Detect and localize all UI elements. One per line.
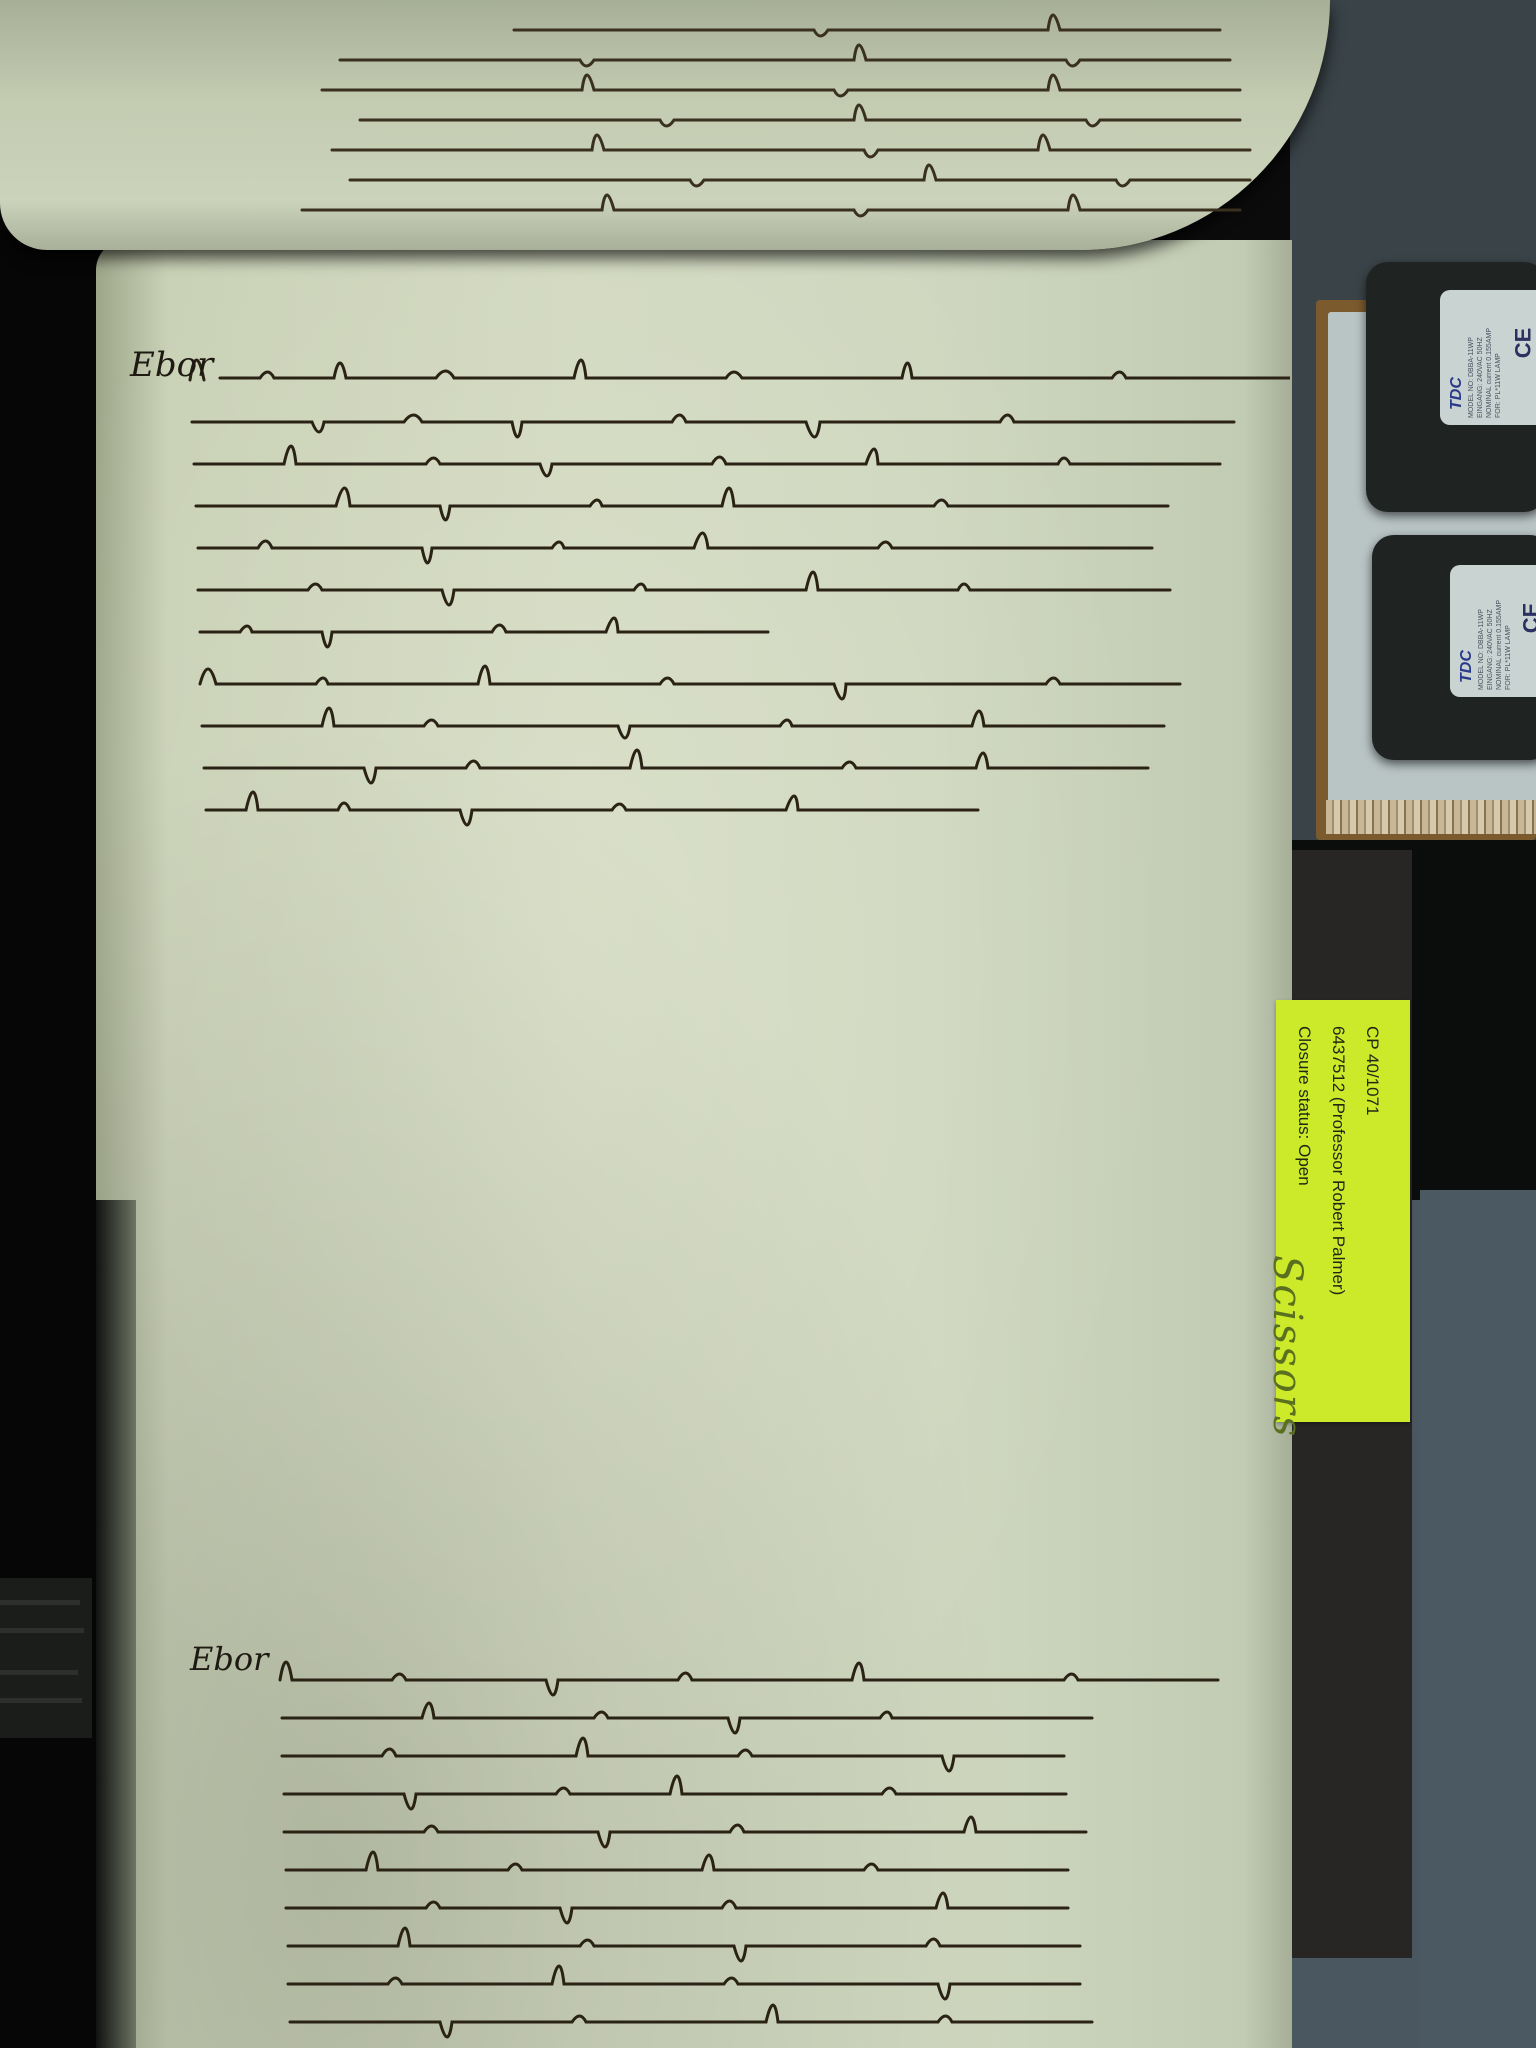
background-notice-sign <box>0 1578 92 1738</box>
margin-county-mark-upper: Ebor <box>130 345 213 385</box>
ce-mark-icon: CE <box>1518 603 1536 634</box>
ce-mark-icon: CE <box>1510 328 1536 359</box>
brand-logo: TDC <box>1448 377 1466 410</box>
handwritten-note: Scissors <box>1264 1255 1310 1438</box>
margin-county-mark-lower: Ebor <box>190 1640 268 1678</box>
tray-plywood-edge <box>1326 800 1536 834</box>
upside-down-writing <box>20 0 1280 240</box>
adapter-label: TDC MODEL NO: DBBA-11WP EINGANG: 240VAC … <box>1440 290 1536 425</box>
membrane-shadow-edge <box>96 1200 136 2048</box>
power-adapter-1: TDC MODEL NO: DBBA-11WP EINGANG: 240VAC … <box>1366 262 1536 512</box>
power-adapter-2: TDC MODEL NO: DBBA-11WP EINGANG: 240VAC … <box>1372 535 1536 760</box>
adapter-label: TDC MODEL NO: DBBA-11WP EINGANG: 240VAC … <box>1450 565 1536 697</box>
curled-membrane-top <box>0 0 1330 250</box>
manuscript-lower-entry <box>270 1660 1270 2048</box>
order-number: 6437512 (Professor Robert Palmer) <box>1321 1026 1355 1295</box>
manuscript-upper-entry <box>180 350 1290 910</box>
desk-surface <box>1420 1190 1536 2048</box>
brand-logo: TDC <box>1458 650 1476 683</box>
background-left <box>0 230 100 2048</box>
document-reference: CP 40/1071 <box>1355 1026 1389 1295</box>
